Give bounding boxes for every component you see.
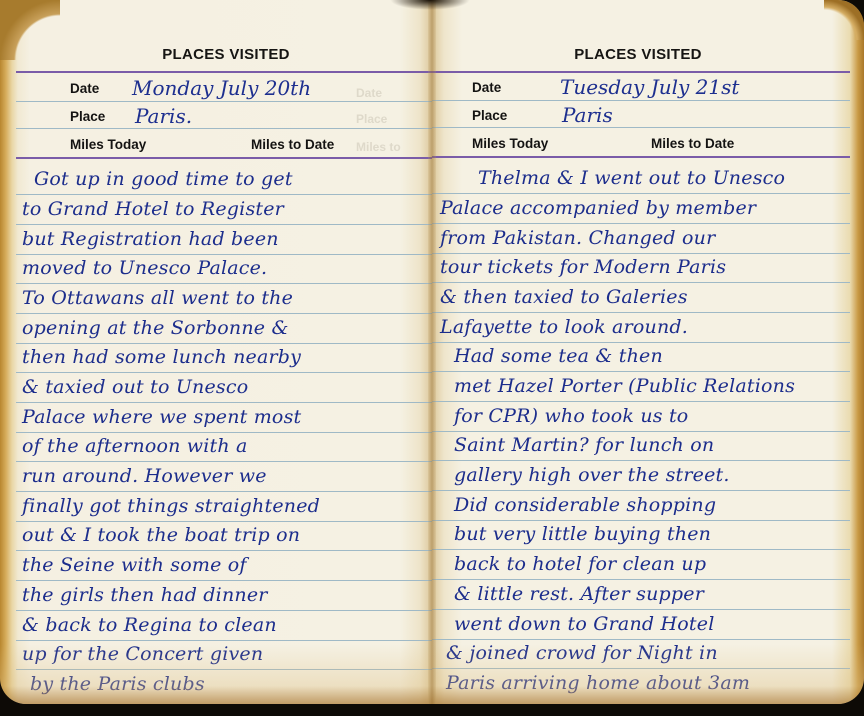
right-page: PLACES VISITED Date Tuesday July 21st Pl…	[432, 0, 864, 704]
ruled-line	[432, 609, 850, 610]
diary-line: went down to Grand Hotel	[454, 613, 714, 635]
diary-line: of the afternoon with a	[22, 435, 248, 457]
ruled-line	[16, 432, 432, 433]
place-label: Place	[70, 109, 105, 124]
ruled-line	[432, 253, 850, 254]
date-value: Tuesday July 21st	[560, 75, 739, 99]
diary-line: but Registration had been	[22, 228, 279, 250]
diary-line: for CPR) who took us to	[454, 405, 688, 427]
diary-line: Palace where we spent most	[22, 406, 301, 428]
diary-line: opening at the Sorbonne &	[22, 317, 289, 339]
diary-line: To Ottawans all went to the	[22, 287, 293, 309]
diary-line: Got up in good time to get	[34, 168, 293, 190]
ruled-line	[432, 282, 850, 283]
ruled-line	[432, 401, 850, 402]
diary-line: Lafayette to look around.	[440, 316, 688, 338]
diary-line: & taxied out to Unesco	[22, 376, 248, 398]
diary-line: Saint Martin? for lunch on	[454, 434, 714, 456]
date-label: Date	[70, 81, 99, 96]
diary-line: & joined crowd for Night in	[446, 642, 718, 664]
ruled-line	[16, 669, 432, 670]
diary-line: moved to Unesco Palace.	[22, 257, 267, 279]
ruled-line	[16, 461, 432, 462]
diary-line: Did considerable shopping	[454, 494, 716, 516]
diary-line: back to hotel for clean up	[454, 553, 706, 575]
diary-line: & back to Regina to clean	[22, 614, 277, 636]
ruled-line	[432, 520, 850, 521]
ruled-line	[432, 371, 850, 372]
ruled-line	[16, 610, 432, 611]
ruled-line	[432, 193, 850, 194]
ruled-line	[432, 223, 850, 224]
miles-to-date-label: Miles to Date	[251, 137, 334, 152]
header-rule	[16, 157, 432, 159]
ruled-line	[16, 313, 432, 314]
ruled-line	[432, 460, 850, 461]
ruled-line	[16, 343, 432, 344]
ruled-line	[16, 283, 432, 284]
left-page-title: PLACES VISITED	[10, 46, 432, 63]
diary-line: gallery high over the street.	[454, 464, 730, 486]
diary-line: from Pakistan. Changed our	[440, 227, 715, 249]
diary-line: but very little buying then	[454, 523, 711, 545]
spine-shadow	[390, 0, 470, 10]
ruled-line	[16, 402, 432, 403]
header-rule	[16, 71, 432, 73]
header-rule	[432, 71, 850, 73]
ruled-line	[16, 640, 432, 641]
diary-line: Paris arriving home about 3am	[446, 672, 750, 694]
diary-line: & then taxied to Galeries	[440, 286, 688, 308]
diary-line: out & I took the boat trip on	[22, 524, 300, 546]
diary-line: run around. However we	[22, 465, 267, 487]
diary-spread: PLACES VISITED Date Monday July 20th Pla…	[0, 0, 864, 706]
diary-line: finally got things straightened	[22, 495, 320, 517]
miles-today-label: Miles Today	[70, 137, 146, 152]
ruled-line	[432, 490, 850, 491]
bleed-through-text: Miles to	[356, 140, 401, 154]
miles-today-label: Miles Today	[472, 136, 548, 151]
ruled-line	[432, 431, 850, 432]
ruled-line	[16, 521, 432, 522]
diary-line: to Grand Hotel to Register	[22, 198, 284, 220]
place-value: Paris	[562, 103, 613, 127]
ruled-line	[16, 128, 432, 129]
ruled-line	[432, 342, 850, 343]
diary-line: Had some tea & then	[454, 345, 663, 367]
ruled-line	[432, 639, 850, 640]
ruled-line	[432, 312, 850, 313]
diary-line: then had some lunch nearby	[22, 346, 301, 368]
bleed-through-text: Date	[356, 86, 382, 100]
ruled-line	[432, 549, 850, 550]
right-page-title: PLACES VISITED	[432, 46, 854, 63]
ruled-line	[16, 491, 432, 492]
book-spine	[428, 0, 436, 704]
ruled-line	[16, 254, 432, 255]
date-value: Monday July 20th	[132, 76, 311, 100]
ruled-line	[16, 194, 432, 195]
diary-line: met Hazel Porter (Public Relations	[454, 375, 795, 397]
diary-line: the girls then had dinner	[22, 584, 268, 606]
ruled-line	[16, 224, 432, 225]
date-label: Date	[472, 80, 501, 95]
ruled-line	[432, 127, 850, 128]
bleed-through-text: Place	[356, 112, 387, 126]
diary-line: & little rest. After supper	[454, 583, 704, 605]
left-page: PLACES VISITED Date Monday July 20th Pla…	[0, 0, 432, 704]
ruled-line	[432, 579, 850, 580]
diary-line: up for the Concert given	[22, 643, 263, 665]
place-label: Place	[472, 108, 507, 123]
diary-line: Palace accompanied by member	[440, 197, 756, 219]
ruled-line	[432, 100, 850, 101]
ruled-line	[16, 372, 432, 373]
place-value: Paris.	[135, 104, 192, 128]
header-rule	[432, 156, 850, 158]
ruled-line	[16, 580, 432, 581]
diary-line: tour tickets for Modern Paris	[440, 256, 726, 278]
diary-line: by the Paris clubs	[30, 673, 205, 695]
diary-line: Thelma & I went out to Unesco	[478, 167, 785, 189]
ruled-line	[16, 101, 432, 102]
diary-line: the Seine with some of	[22, 554, 247, 576]
ruled-line	[16, 550, 432, 551]
miles-to-date-label: Miles to Date	[651, 136, 734, 151]
ruled-line	[432, 668, 850, 669]
